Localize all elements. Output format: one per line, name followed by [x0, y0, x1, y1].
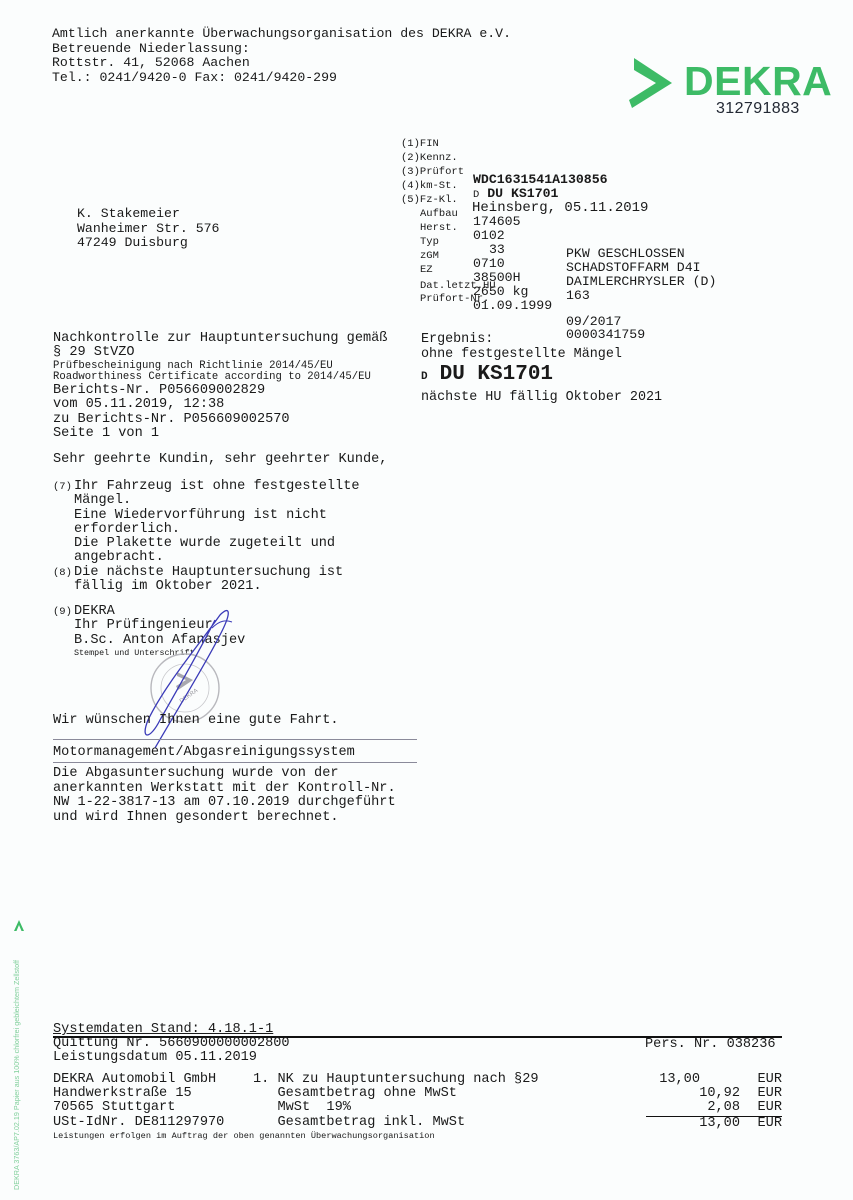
aufbau-row: Aufbau 33 SCHADSTOFFARM D4I: [401, 206, 439, 220]
item7-line: Ihr Fahrzeug ist ohne festgestellte: [74, 479, 360, 494]
item7-line: Eine Wiedervorführung ist nicht: [53, 509, 360, 523]
receipt-number: Quittung Nr. 5660900000002800: [53, 1037, 290, 1051]
kennz-label: (2)Kennz.: [401, 152, 458, 164]
km-label: (4)km-St.: [401, 180, 458, 192]
fzkl-row: (5)Fz-Kl. 0102 PKW GESCHLOSSEN: [401, 192, 439, 206]
emission-line: NW 1-22-3817-13 am 07.10.2019 durchgefüh…: [53, 796, 396, 811]
km-value: 174605: [473, 214, 520, 229]
zu-berichts-nr: zu Berichts-Nr. P056609002570: [53, 413, 387, 427]
pruefort-row: (3)Prüfort Heinsberg, 05.11.2019: [401, 164, 439, 178]
amount-total: 13,00: [699, 1117, 740, 1131]
dekra-triangle-icon: [628, 56, 678, 110]
report-title-law: § 29 StVZO: [53, 346, 387, 360]
report-date: vom 05.11.2019, 12:38: [53, 398, 387, 412]
letter-items: (7)Ihr Fahrzeug ist ohne festgestellte M…: [53, 480, 360, 594]
berichts-nr: Berichts-Nr. P056609002829: [53, 384, 387, 398]
company-line: Handwerkstraße 15: [53, 1087, 224, 1101]
company-line: USt-IdNr. DE811297970: [53, 1116, 224, 1130]
ez-row: EZ 01.09.1999: [401, 262, 439, 276]
aufbau-label: Aufbau: [420, 208, 458, 220]
km-row: (4)km-St. 174605: [401, 178, 439, 192]
amount-currency: EUR: [758, 1073, 782, 1087]
amount-row: 2,08 EUR: [600, 1101, 782, 1115]
letzt-hu-row: Dat.letzt.HU 09/2017: [401, 278, 439, 292]
line-item: Gesamtbetrag ohne MwSt: [253, 1087, 539, 1101]
line-item: Gesamtbetrag inkl. MwSt: [253, 1116, 539, 1130]
logo-wordmark: DEKRA: [684, 58, 832, 105]
amount-value: 10,92: [699, 1087, 740, 1101]
result-value: ohne festgestellte Mängel: [421, 347, 662, 362]
item-number: (7): [53, 480, 74, 494]
fzkl-value: 0102: [473, 228, 505, 243]
item7-line: angebracht.: [53, 551, 360, 565]
herst-text: DAIMLERCHRYSLER (D): [566, 274, 716, 289]
recipient-line: 47249 Duisburg: [77, 236, 219, 251]
report-header: Nachkontrolle zur Hauptuntersuchung gemä…: [53, 332, 387, 442]
paper-info: DEKRA 3763/AP7.02.19 Papier aus 100% chl…: [12, 960, 21, 1190]
result-label: Ergebnis:: [421, 332, 662, 347]
license-plate: DDU KS1701: [421, 362, 662, 390]
emission-line: Die Abgasuntersuchung wurde von der: [53, 767, 396, 782]
recipient-address: K. Stakemeier Wanheimer Str. 576 47249 D…: [77, 207, 219, 251]
aufbau-value: 33: [489, 242, 505, 257]
herst-label: Herst.: [420, 222, 458, 234]
legal-note: Leistungen erfolgen im Auftrag der oben …: [53, 1131, 435, 1141]
personnel-number: Pers. Nr. 038236: [645, 1037, 776, 1052]
amount-currency: EUR: [758, 1101, 782, 1115]
report-title: Nachkontrolle zur Hauptuntersuchung gemä…: [53, 332, 387, 346]
company-line: DEKRA Automobil GmbH: [53, 1073, 224, 1087]
kennz-value: DU KS1701: [487, 186, 558, 201]
receipt-line-items: 1. NK zu Hauptuntersuchung nach §29 Gesa…: [253, 1073, 539, 1130]
dekra-triangle-icon: [12, 918, 26, 932]
system-data-version: Systemdaten Stand: 4.18.1-1: [53, 1022, 273, 1037]
receipt-amounts: 13,00 EUR 10,92 EUR 2,08 EUR 13,00 EUR: [600, 1073, 782, 1131]
recipient-line: Wanheimer Str. 576: [77, 222, 219, 237]
dekra-logo: DEKRA 312791883: [628, 56, 828, 126]
kennz-row: (2)Kennz. D DU KS1701: [401, 150, 439, 164]
typ-label: Typ: [420, 236, 439, 248]
sender-line: Tel.: 0241/9420-0 Fax: 0241/9420-299: [52, 71, 511, 86]
fin-row: (1)FIN WDC1631541A130856: [401, 136, 439, 150]
sender-line: Amtlich anerkannte Überwachungsorganisat…: [52, 27, 511, 42]
page-indicator: Seite 1 von 1: [53, 427, 387, 441]
divider: [53, 739, 417, 740]
pruefort-nr-row: Prüfort-Nr. 0000341759: [401, 291, 439, 305]
amount-currency: EUR: [758, 1117, 782, 1131]
amount-value: 13,00: [659, 1073, 700, 1087]
motor-heading: Motormanagement/Abgasreinigungssystem: [53, 745, 355, 760]
fin-value: WDC1631541A130856: [473, 172, 608, 187]
fzkl-label: (5)Fz-Kl.: [401, 194, 458, 206]
amount-row-total: 13,00 EUR: [646, 1116, 782, 1131]
herst-row: Herst. 0710 DAIMLERCHRYSLER (D): [401, 220, 439, 234]
next-hu: nächste HU fällig Oktober 2021: [421, 390, 662, 405]
amount-row: 10,92 EUR: [600, 1087, 782, 1101]
item8-line: Die nächste Hauptuntersuchung ist: [74, 565, 343, 580]
emission-line: und wird Ihnen gesondert berechnet.: [53, 811, 396, 826]
sender-line: Betreuende Niederlassung:: [52, 42, 511, 57]
signature-org: DEKRA: [74, 604, 115, 619]
zgm-row: zGM 2650 kg: [401, 248, 439, 262]
typ-text: 163: [566, 288, 590, 303]
amount-row: 13,00 EUR: [600, 1073, 782, 1087]
fin-label: (1)FIN: [401, 138, 439, 150]
plate-country: D: [421, 371, 428, 383]
company-line: 70565 Stuttgart: [53, 1101, 224, 1115]
emission-test-note: Die Abgasuntersuchung wurde von der aner…: [53, 767, 396, 825]
item7-line: Mängel.: [53, 494, 360, 508]
amount-value: 2,08: [707, 1101, 740, 1115]
pruefort-nr-label: Prüfort-Nr.: [420, 293, 489, 305]
amount-currency: EUR: [758, 1087, 782, 1101]
item8-line: fällig im Oktober 2021.: [53, 580, 360, 594]
farewell: Wir wünschen Ihnen eine gute Fahrt.: [53, 713, 339, 728]
receipt-info: Quittung Nr. 5660900000002800 Leistungsd…: [53, 1037, 290, 1065]
recipient-line: K. Stakemeier: [77, 207, 219, 222]
divider: [53, 762, 417, 763]
pruefort-label: (3)Prüfort: [401, 166, 464, 178]
item-number: (9): [53, 605, 74, 619]
sender-address: Amtlich anerkannte Überwachungsorganisat…: [52, 27, 511, 85]
line-item: MwSt 19%: [253, 1101, 539, 1115]
emission-line: anerkannten Werkstatt mit der Kontroll-N…: [53, 782, 396, 797]
plate-number: DU KS1701: [440, 363, 553, 386]
item7-line: erforderlich.: [53, 523, 360, 537]
sender-line: Rottstr. 41, 52068 Aachen: [52, 56, 511, 71]
aufbau-text: SCHADSTOFFARM D4I: [566, 260, 701, 275]
paper-side-strip: DEKRA 3763/AP7.02.19 Papier aus 100% chl…: [8, 910, 30, 1190]
item-number: (8): [53, 566, 74, 580]
document-number: 312791883: [716, 100, 800, 118]
ez-label: EZ: [420, 264, 433, 276]
zgm-label: zGM: [420, 250, 439, 262]
herst-value: 0710: [473, 256, 505, 271]
typ-row: Typ 38500H 163: [401, 234, 439, 248]
service-date: Leistungsdatum 05.11.2019: [53, 1051, 290, 1065]
fzkl-text: PKW GESCHLOSSEN: [566, 246, 685, 261]
greeting: Sehr geehrte Kundin, sehr geehrter Kunde…: [53, 452, 387, 467]
result-block: Ergebnis: ohne festgestellte Mängel DDU …: [421, 332, 662, 405]
line-item: 1. NK zu Hauptuntersuchung nach §29: [253, 1073, 539, 1087]
item7-line: Die Plakette wurde zugeteilt und: [53, 537, 360, 551]
company-address: DEKRA Automobil GmbH Handwerkstraße 15 7…: [53, 1073, 224, 1130]
